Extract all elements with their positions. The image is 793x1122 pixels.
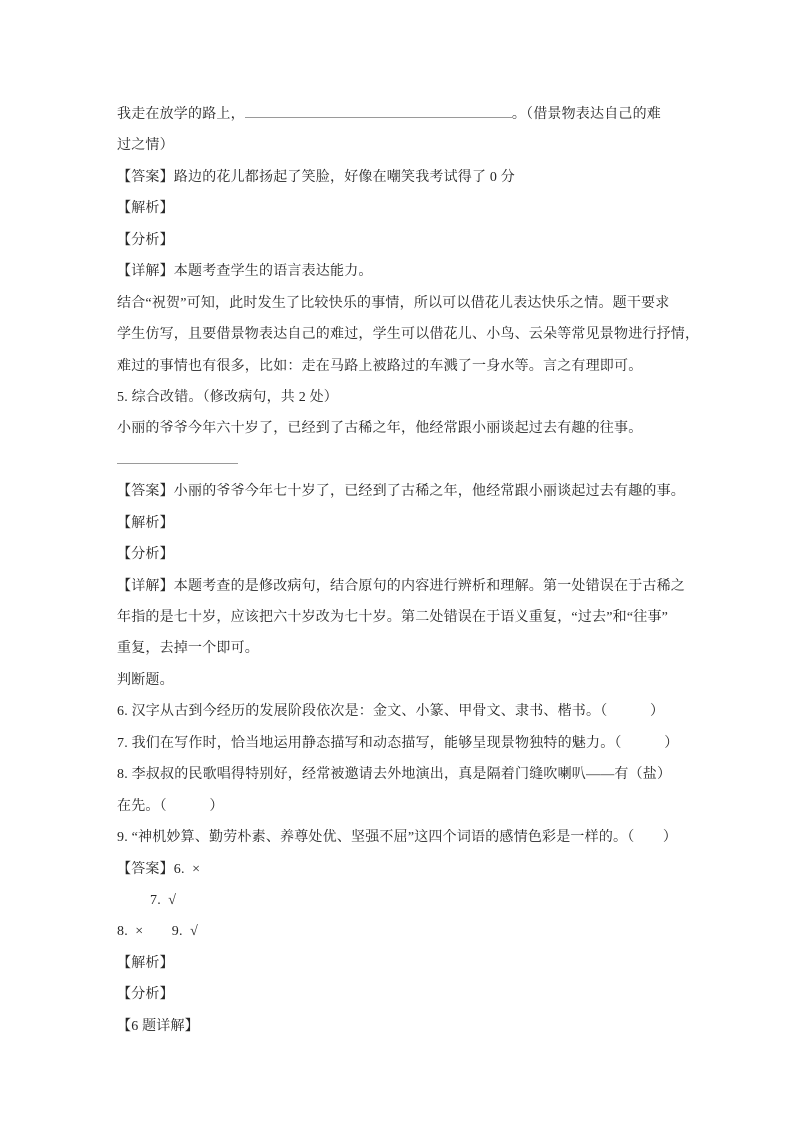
q5-fenxi-label: 【分析】 — [117, 539, 678, 570]
judge-answer-line3: 8. × 9. √ — [117, 916, 678, 947]
q5-detail-line2: 年指的是七十岁，应该把六十岁改为七十岁。第二处错误在于语义重复，“过去”和“往事… — [117, 602, 678, 633]
q4-detail-line2: 结合“祝贺”可知，此时发生了比较快乐的事情，所以可以借花儿表达快乐之情。题干要求 — [117, 288, 678, 319]
q4-stem-text-pre: 我走在放学的路上， — [117, 107, 245, 122]
q4-answer-blank-line — [245, 102, 512, 118]
judge-q9: 9. “神机妙算、勤劳朴素、养尊处优、坚强不屈”这四个词语的感情色彩是一样的。（… — [117, 822, 678, 853]
q5-answer-blank — [117, 445, 678, 476]
judge-detail6-label: 【6 题详解】 — [117, 1011, 678, 1042]
judge-q6: 6. 汉字从古到今经历的发展阶段依次是：金文、小篆、甲骨文、隶书、楷书。（ ） — [117, 696, 678, 727]
document-page: 我走在放学的路上，。（借景物表达自己的难 过之情） 【答案】路边的花儿都扬起了笑… — [117, 99, 678, 1042]
q5-answer-blank-line — [117, 448, 238, 464]
judge-q8-line1: 8. 李叔叔的民歌唱得特别好，经常被邀请去外地演出，真是隔着门缝吹喇叭——有（盐… — [117, 759, 678, 790]
judge-section-heading: 判断题。 — [117, 665, 678, 696]
q5-jiexi-label: 【解析】 — [117, 508, 678, 539]
q4-stem-line1: 我走在放学的路上，。（借景物表达自己的难 — [117, 99, 678, 130]
q4-answer-line: 【答案】路边的花儿都扬起了笑脸，好像在嘲笑我考试得了 0 分 — [117, 162, 678, 193]
judge-answer-line2: 7. √ — [117, 885, 678, 916]
q4-detail-line1: 【详解】本题考查学生的语言表达能力。 — [117, 256, 678, 287]
q4-stem-line2: 过之情） — [117, 130, 678, 161]
q5-sentence: 小丽的爷爷今年六十岁了，已经到了古稀之年，他经常跟小丽谈起过去有趣的往事。 — [117, 413, 678, 444]
q4-jiexi-label: 【解析】 — [117, 193, 678, 224]
judge-fenxi-label: 【分析】 — [117, 979, 678, 1010]
judge-answer-line1: 【答案】6. × — [117, 854, 678, 885]
judge-q7: 7. 我们在写作时，恰当地运用静态描写和动态描写，能够呈现景物独特的魅力。（ ） — [117, 728, 678, 759]
q4-stem-text-post: 。（借景物表达自己的难 — [512, 107, 661, 122]
judge-jiexi-label: 【解析】 — [117, 948, 678, 979]
judge-q8-line2: 在先。（ ） — [117, 791, 678, 822]
q5-detail-line3: 重复，去掉一个即可。 — [117, 633, 678, 664]
q4-detail-line3: 学生仿写，且要借景物表达自己的难过，学生可以借花儿、小鸟、云朵等常见景物进行抒情… — [117, 319, 678, 350]
q5-heading: 5. 综合改错。（修改病句，共 2 处） — [117, 382, 678, 413]
q5-detail-line1: 【详解】本题考查的是修改病句，结合原句的内容进行辨析和理解。第一处错误在于古稀之 — [117, 571, 678, 602]
q5-answer-line: 【答案】小丽的爷爷今年七十岁了，已经到了古稀之年，他经常跟小丽谈起过去有趣的事。 — [117, 476, 678, 507]
q4-detail-line4: 难过的事情也有很多，比如：走在马路上被路过的车溅了一身水等。言之有理即可。 — [117, 351, 678, 382]
q4-fenxi-label: 【分析】 — [117, 225, 678, 256]
